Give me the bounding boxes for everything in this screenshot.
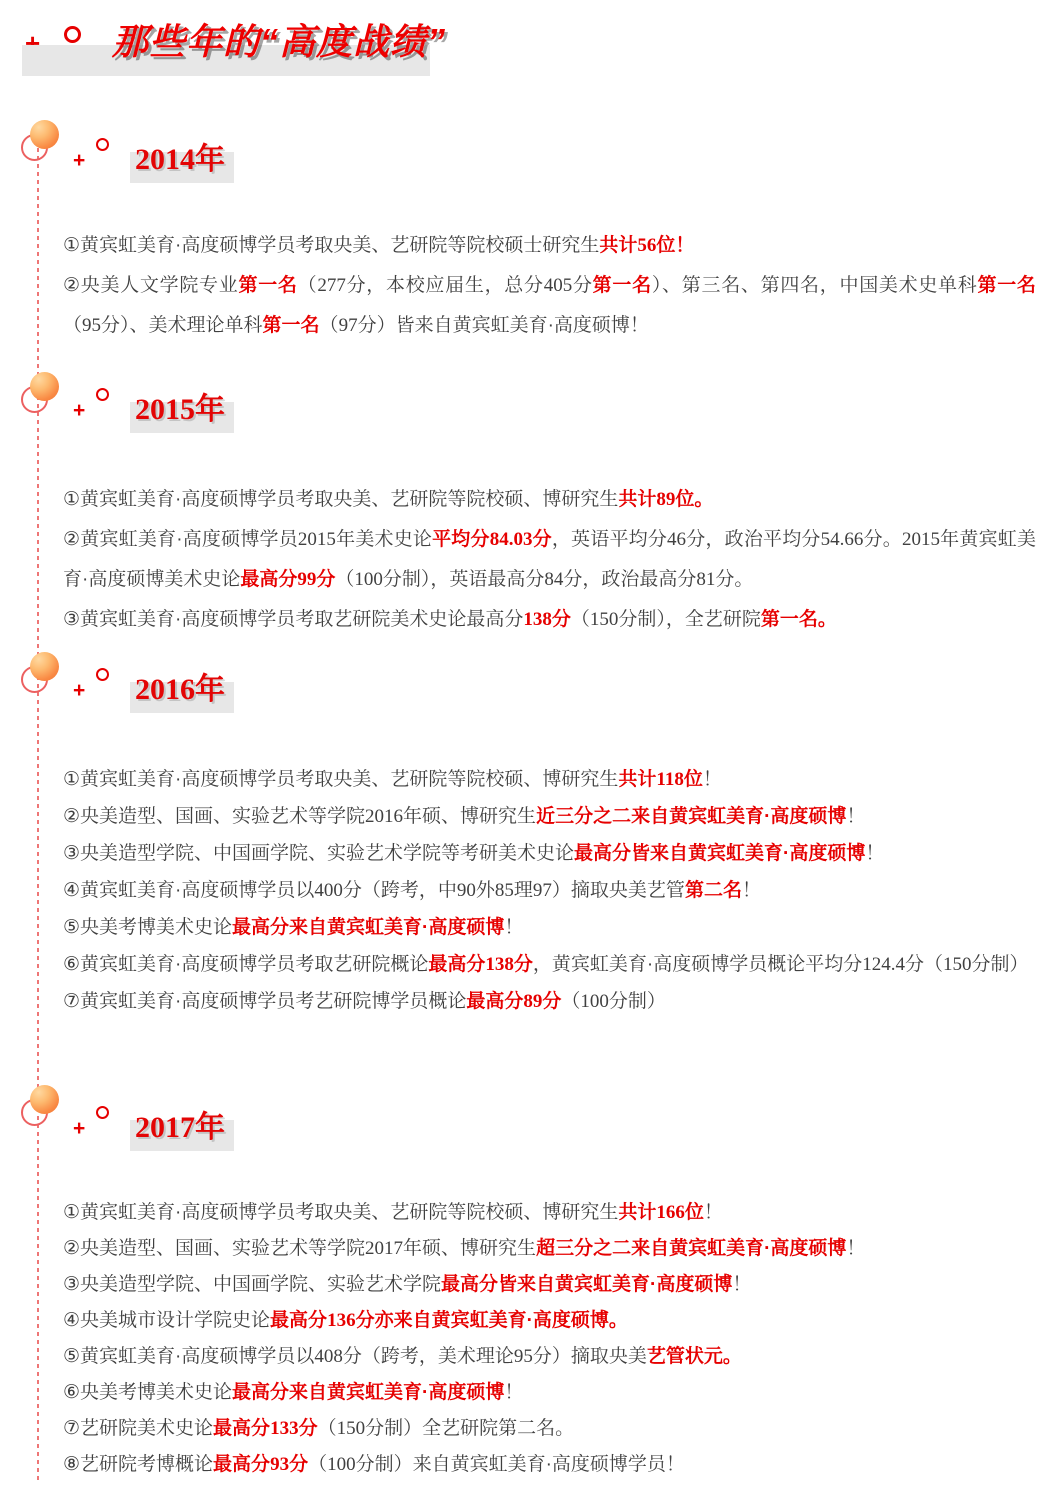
year-section: + 2017年 ①黄宾虹美育·高度硕博学员考取央美、艺研院等院校硕、博研究生共计… — [0, 0, 1055, 1506]
body-text: ⑧艺研院考博概论 — [63, 1454, 213, 1475]
text-run: 分亦来自黄宾虹美育·高度硕博。 — [356, 1310, 628, 1331]
text-run: 分）摘取央美 — [533, 1346, 647, 1367]
text-run: ⑤黄宾虹美育·高度硕博学员以 — [63, 1346, 314, 1367]
achievement-item: ③央美造型学院、中国画学院、实验艺术学院最高分皆来自黄宾虹美育·高度硕博！ — [63, 1267, 1036, 1303]
text-run: ⑥央美考博美术史论 — [63, 1382, 232, 1403]
body-text: ④央美城市设计学院史论 — [63, 1310, 270, 1331]
achievement-list: ①黄宾虹美育·高度硕博学员考取央美、艺研院等院校硕、博研究生共计166位！②央美… — [63, 1195, 1036, 1483]
text-run: ！ — [846, 1238, 865, 1259]
year-label: 2017年 — [135, 1108, 225, 1148]
page: + 那些年的“高度战绩” + 2014年 ①黄宾虹美育·高度硕博学员考取央美、艺… — [0, 0, 1055, 1506]
body-text: ③央美造型学院、中国画学院、实验艺术学院 — [63, 1274, 441, 1295]
text-run: ④央美城市设计学院史论 — [63, 1310, 270, 1331]
numeral: 100 — [327, 1454, 356, 1475]
numeral: 95 — [514, 1346, 533, 1367]
achievement-item: ⑧艺研院考博概论最高分93分（100分制）来自黄宾虹美育·高度硕博学员！ — [63, 1447, 1036, 1483]
numeral: 93 — [270, 1454, 289, 1475]
text-run: （ — [308, 1454, 327, 1475]
numeral: 2017 — [365, 1238, 403, 1259]
body-text: ⑥央美考博美术史论 — [63, 1382, 232, 1403]
body-text: （100分制）来自黄宾虹美育·高度硕博学员！ — [308, 1454, 685, 1475]
numeral: 150 — [337, 1418, 366, 1439]
text-run: 年 — [195, 1111, 225, 1144]
text-run: 艺管状元。 — [647, 1346, 742, 1367]
text-run: 共计 — [618, 1202, 656, 1223]
text-run: ！ — [504, 1382, 523, 1403]
text-run: 分 — [289, 1454, 308, 1475]
body-text: ！ — [732, 1274, 751, 1295]
timeline-ball-icon — [30, 372, 59, 401]
body-text: ！ — [704, 1202, 723, 1223]
numeral: 136 — [327, 1310, 356, 1331]
degree-circle-icon — [96, 1106, 109, 1119]
numeral: 2017 — [135, 1111, 195, 1144]
achievement-item: ②央美造型、国画、实验艺术等学院2017年硕、博研究生超三分之二来自黄宾虹美育·… — [63, 1231, 1036, 1267]
body-text: ②央美造型、国画、实验艺术等学院2017年硕、博研究生 — [63, 1238, 536, 1259]
text-run: ！ — [732, 1274, 751, 1295]
body-text: ！ — [846, 1238, 865, 1259]
text-run: 最高分 — [270, 1310, 327, 1331]
body-text: ①黄宾虹美育·高度硕博学员考取央美、艺研院等院校硕、博研究生 — [63, 1202, 618, 1223]
text-run: ⑦艺研院美术史论 — [63, 1418, 213, 1439]
body-text: ⑤黄宾虹美育·高度硕博学员以408分（跨考，美术理论95分）摘取央美 — [63, 1346, 647, 1367]
text-run: 最高分皆来自黄宾虹美育·高度硕博 — [441, 1274, 732, 1295]
emphasis-text: 最高分133分 — [213, 1418, 318, 1439]
achievement-item: ①黄宾虹美育·高度硕博学员考取央美、艺研院等院校硕、博研究生共计166位！ — [63, 1195, 1036, 1231]
text-run: 分 — [299, 1418, 318, 1439]
achievement-item: ④央美城市设计学院史论最高分136分亦来自黄宾虹美育·高度硕博。 — [63, 1303, 1036, 1339]
text-run: 分制）全艺研院第二名。 — [365, 1418, 574, 1439]
emphasis-text: 最高分93分 — [213, 1454, 308, 1475]
timeline-ball-icon — [30, 120, 59, 149]
emphasis-text: 最高分皆来自黄宾虹美育·高度硕博 — [441, 1274, 732, 1295]
text-run: 最高分来自黄宾虹美育·高度硕博 — [232, 1382, 504, 1403]
text-run: 位 — [685, 1202, 704, 1223]
text-run: 超三分之二来自黄宾虹美育·高度硕博 — [536, 1238, 846, 1259]
text-run: （ — [318, 1418, 337, 1439]
text-run: ②央美造型、国画、实验艺术等学院 — [63, 1238, 365, 1259]
body-text: ！ — [504, 1382, 523, 1403]
emphasis-text: 最高分来自黄宾虹美育·高度硕博 — [232, 1382, 504, 1403]
timeline-ball-icon — [30, 652, 59, 681]
achievement-item: ⑥央美考博美术史论最高分来自黄宾虹美育·高度硕博！ — [63, 1375, 1036, 1411]
text-run: 最高分 — [213, 1454, 270, 1475]
emphasis-text: 最高分136分亦来自黄宾虹美育·高度硕博。 — [270, 1310, 628, 1331]
text-run: ！ — [704, 1202, 723, 1223]
year-header: + 2017年 — [130, 1108, 470, 1156]
body-text: （150分制）全艺研院第二名。 — [318, 1418, 575, 1439]
text-run: 年硕、博研究生 — [403, 1238, 536, 1259]
emphasis-text: 艺管状元。 — [647, 1346, 742, 1367]
numeral: 408 — [314, 1346, 343, 1367]
emphasis-text: 共计166位 — [618, 1202, 704, 1223]
text-run: 分（跨考，美术理论 — [343, 1346, 514, 1367]
emphasis-text: 超三分之二来自黄宾虹美育·高度硕博 — [536, 1238, 846, 1259]
numeral: 133 — [270, 1418, 299, 1439]
achievement-item: ⑤黄宾虹美育·高度硕博学员以408分（跨考，美术理论95分）摘取央美艺管状元。 — [63, 1339, 1036, 1375]
text-run: ①黄宾虹美育·高度硕博学员考取央美、艺研院等院校硕、博研究生 — [63, 1202, 618, 1223]
achievement-item: ⑦艺研院美术史论最高分133分（150分制）全艺研院第二名。 — [63, 1411, 1036, 1447]
text-run: ③央美造型学院、中国画学院、实验艺术学院 — [63, 1274, 441, 1295]
text-run: ⑧艺研院考博概论 — [63, 1454, 213, 1475]
timeline-ball-icon — [30, 1085, 59, 1114]
plus-icon: + — [73, 1118, 85, 1139]
text-run: 最高分 — [213, 1418, 270, 1439]
body-text: ⑦艺研院美术史论 — [63, 1418, 213, 1439]
numeral: 166 — [656, 1202, 685, 1223]
text-run: 分制）来自黄宾虹美育·高度硕博学员！ — [356, 1454, 685, 1475]
